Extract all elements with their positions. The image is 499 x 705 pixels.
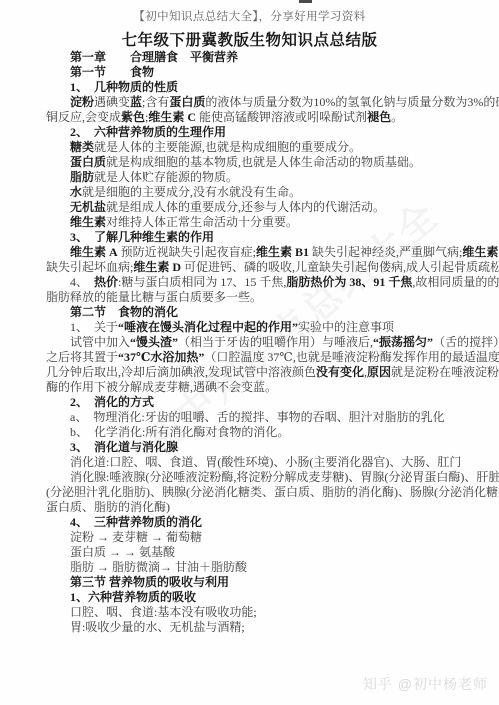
text-segment: 蛋白质、脂肪的消化酶) <box>46 500 170 514</box>
text-line: 第一节 食物 <box>46 65 466 80</box>
bold-term: “唾液在馒头消化过程中起的作用” <box>118 320 298 334</box>
text-line: 水就是细胞的主要成分,没有水就没有生命。 <box>46 185 466 200</box>
bold-term: 糖类 <box>70 140 94 154</box>
bold-term: 蓝 <box>130 95 142 109</box>
text-line: a、 物理消化:牙齿的咀嚼、舌的搅拌、事物的吞咽、胆汁对脂肪的乳化 <box>46 410 466 425</box>
text-segment: 试管中加入 <box>70 335 130 349</box>
text-line: b、 化学消化:所有消化酶对食物的消化。 <box>46 425 466 440</box>
page-edge-mark <box>299 0 312 3</box>
text-segment: 1、 关于 <box>70 320 118 334</box>
text-segment: :糖与蛋白质相同为 17、15 千焦, <box>118 275 286 289</box>
text-segment: b、 化学消化:所有消化酶对食物的消化。 <box>70 425 289 439</box>
bold-term: 脂肪热价为 38、91 千焦 <box>286 275 412 289</box>
text-segment: 。 <box>391 110 403 124</box>
text-line: 之后将其置于“37℃水浴加热”（口腔温度 37℃,也就是唾液淀粉酶发挥作用的最适… <box>46 350 466 365</box>
text-line: 第三节 营养物质的吸收与利用 <box>46 575 466 590</box>
text-segment: 缺失引起坏血病; <box>46 260 133 274</box>
text-segment: 4、 <box>70 275 94 289</box>
text-line: 淀粉 → 麦芽糖 → 葡萄糖 <box>46 530 466 545</box>
bold-term: 蛋白质 <box>70 155 106 169</box>
text-segment: 蛋白质 → → 氨基酸 <box>70 545 175 559</box>
header-note: 【初中知识点总结大全】，分享好用学习资料 <box>0 8 499 24</box>
bold-term: “馒头渣” <box>130 335 178 349</box>
text-segment: 1、六种营养物质的吸收 <box>70 590 196 604</box>
document-body: 第一章 合理膳食 平衡营养第一节 食物1、 几种物质的性质淀粉遇碘变蓝;含有蛋白… <box>46 50 466 635</box>
text-line: 第二节 食物的消化 <box>46 305 466 320</box>
text-segment: 第一章 合理膳食 平衡营养 <box>70 50 238 64</box>
text-line: 维生素对维持人体正常生命活动十分重要。 <box>46 215 466 230</box>
text-line: 3、 消化道与消化腺 <box>46 440 466 455</box>
text-segment: 4、 三种营养物质的消化 <box>70 515 202 529</box>
text-line: 脂肪 → 脂肪微滴→ 甘油＋脂肪酸 <box>46 560 466 575</box>
text-segment: 就是人体贮存能源的物质。 <box>94 170 238 184</box>
text-segment: （口腔温度 37℃,也就是唾液淀粉酶发挥作用的最适温度） <box>204 350 499 364</box>
text-line: 蛋白质 → → 氨基酸 <box>46 545 466 560</box>
text-segment: 就是人体的主要能源,也就是构成细胞的重要成分。 <box>94 140 361 154</box>
text-line: 2、 六种营养物质的生理作用 <box>46 125 466 140</box>
text-segment: 脂肪释放的能量比糖与蛋白质要多一些。 <box>46 290 262 304</box>
text-segment: 之后将其置于 <box>46 350 118 364</box>
text-segment: 遇碘变 <box>94 95 130 109</box>
text-segment: 的液体与质量分数为10%的氢氧化钠与质量分数为3%的硫酸 <box>205 95 499 109</box>
bold-term: 紫色 <box>121 110 145 124</box>
text-line: 第一章 合理膳食 平衡营养 <box>46 50 466 65</box>
text-segment: 消化道:口腔、咽、食道、胃(酸性环境)、小肠(主要消化器官)、大肠、肛门 <box>70 455 461 469</box>
bold-term: 原因 <box>367 365 391 379</box>
text-segment: 第三节 营养物质的吸收与利用 <box>70 575 229 589</box>
bold-term: 维生素 <box>70 215 106 229</box>
text-segment: ;含有 <box>142 95 169 109</box>
page-title: 七年级下册冀教版生物知识点总结版 <box>0 28 499 50</box>
text-line: 维生素 A 预防近视缺失引起夜盲症;维生素 B1 缺失引起神经炎,严重脚气病;维… <box>46 245 466 260</box>
footer-watermark: 知乎 @初中杨老师 <box>363 674 488 694</box>
text-segment: （舌的搅拌）, <box>433 335 499 349</box>
text-line: 口腔、咽、食道:基本没有吸收功能; <box>46 605 466 620</box>
text-line: 2、 消化的方式 <box>46 395 466 410</box>
text-line: 消化道:口腔、咽、食道、胃(酸性环境)、小肠(主要消化器官)、大肠、肛门 <box>46 455 466 470</box>
bold-term: 水 <box>70 185 82 199</box>
text-line: 3、 了解几种维生素的作用 <box>46 230 466 245</box>
document-page: 【初中知识点总结大全】，分享好用学习资料 七年级下册冀教版生物知识点总结版 初中… <box>0 0 499 705</box>
text-segment: (分泌胆汁乳化脂肪)、胰腺(分泌消化糖类、蛋白质、脂肪的消化酶)、肠腺(分泌消化… <box>46 485 499 499</box>
text-segment: 就是细胞的主要成分,没有水就没有生命。 <box>82 185 301 199</box>
text-segment: 口腔、咽、食道:基本没有吸收功能; <box>70 605 257 619</box>
bold-term: 维生素 C <box>148 110 196 124</box>
text-segment: 3、 消化道与消化腺 <box>70 440 178 454</box>
text-line: 淀粉遇碘变蓝;含有蛋白质的液体与质量分数为10%的氢氧化钠与质量分数为3%的硫酸 <box>46 95 466 110</box>
text-segment: ,故相同质量的的 <box>412 275 499 289</box>
bold-term: 脂肪 <box>70 170 94 184</box>
bold-term: “振荡摇匀” <box>373 335 433 349</box>
text-segment: 第一节 食物 <box>70 65 154 79</box>
text-line: 胃:吸收少量的水、无机盐与酒精; <box>46 620 466 635</box>
text-segment: a、 物理消化:牙齿的咀嚼、舌的搅拌、事物的吞咽、胆汁对脂肪的乳化 <box>70 410 445 424</box>
text-line: 酶的作用下被分解成麦芽糖,遇碘不会变蓝。 <box>46 380 466 395</box>
text-segment: 就是淀粉在唾液淀粉 <box>391 365 499 379</box>
text-line: 蛋白质、脂肪的消化酶) <box>46 500 466 515</box>
bold-term: 淀粉 <box>70 95 94 109</box>
text-segment: 2、 六种营养物质的生理作用 <box>70 125 226 139</box>
text-segment: 酶的作用下被分解成麦芽糖,遇碘不会变蓝。 <box>46 380 277 394</box>
text-line: 蛋白质就是构成细胞的基本物质,也就是人体生命活动的物质基础。 <box>46 155 466 170</box>
text-line: 糖类就是人体的主要能源,也就是构成细胞的重要成分。 <box>46 140 466 155</box>
text-segment: 第二节 食物的消化 <box>70 305 178 319</box>
text-line: 铜反应,会变成紫色;维生素 C 能使高锰酸钾溶液或吲哚酚试剂褪色。 <box>46 110 466 125</box>
text-segment: 缺失引起神经炎,严重脚气病; <box>309 245 462 259</box>
bold-term: 维生素 D <box>133 260 181 274</box>
text-line: 几分钟后取出,冷却后滴加碘液,发现试管中溶液颜色没有变化,原因就是淀粉在唾液淀粉 <box>46 365 466 380</box>
text-line: 1、 几种物质的性质 <box>46 80 466 95</box>
text-segment: 能使高锰酸钾溶液或吲哚酚试剂 <box>196 110 367 124</box>
text-line: 试管中加入“馒头渣”（相当于牙齿的咀嚼作用）与唾液后,“振荡摇匀”（舌的搅拌）, <box>46 335 466 350</box>
text-line: 缺失引起坏血病;维生素 D 可促进钙、磷的吸收,儿童缺失引起佝偻病,成人引起骨质… <box>46 260 466 275</box>
text-line: 脂肪释放的能量比糖与蛋白质要多一些。 <box>46 290 466 305</box>
text-segment: 几分钟后取出,冷却后滴加碘液,发现试管中溶液颜色 <box>46 365 316 379</box>
bold-term: “37℃水浴加热” <box>118 350 204 364</box>
text-segment: 对维持人体正常生命活动十分重要。 <box>106 215 298 229</box>
text-line: 1、六种营养物质的吸收 <box>46 590 466 605</box>
bold-term: 维生素 B1 <box>256 245 309 259</box>
text-segment: 实验中的注意事项 <box>298 320 394 334</box>
text-segment: 脂肪 → 脂肪微滴→ 甘油＋脂肪酸 <box>70 560 247 574</box>
text-segment: 淀粉 → 麦芽糖 → 葡萄糖 <box>70 530 202 544</box>
text-line: 4、 三种营养物质的消化 <box>46 515 466 530</box>
bold-term: 褪色 <box>367 110 391 124</box>
bold-term: 没有变化 <box>316 365 364 379</box>
text-line: 消化腺:唾液腺(分泌唾液淀粉酶,将淀粉分解成麦芽糖)、胃腺(分泌胃蛋白酶)、肝脏 <box>46 470 466 485</box>
text-segment: 2、 消化的方式 <box>70 395 154 409</box>
text-line: (分泌胆汁乳化脂肪)、胰腺(分泌消化糖类、蛋白质、脂肪的消化酶)、肠腺(分泌消化… <box>46 485 466 500</box>
bold-term: 蛋白质 <box>169 95 205 109</box>
bold-term: 无机盐 <box>70 200 106 214</box>
text-segment: 可促进钙、磷的吸收,儿童缺失引起佝偻病,成人引起骨质疏松。 <box>181 260 499 274</box>
text-segment: 3、 了解几种维生素的作用 <box>70 230 214 244</box>
text-segment: 1、 几种物质的性质 <box>70 80 178 94</box>
text-segment: 就是构成细胞的基本物质,也就是人体生命活动的物质基础。 <box>106 155 421 169</box>
text-segment: 预防近视缺失引起夜盲症; <box>118 245 256 259</box>
bold-term: 维生素 C <box>462 245 499 259</box>
text-line: 无机盐就是组成人体的重要成分,还参与人体内的代谢活动。 <box>46 200 466 215</box>
text-line: 脂肪就是人体贮存能源的物质。 <box>46 170 466 185</box>
text-line: 4、 热价:糖与蛋白质相同为 17、15 千焦,脂肪热价为 38、91 千焦,故… <box>46 275 466 290</box>
text-segment: （相当于牙齿的咀嚼作用）与唾液后, <box>178 335 373 349</box>
text-segment: 铜反应,会变成 <box>46 110 121 124</box>
text-segment: 消化腺:唾液腺(分泌唾液淀粉酶,将淀粉分解成麦芽糖)、胃腺(分泌胃蛋白酶)、肝脏 <box>70 470 499 484</box>
bold-term: 热价 <box>94 275 118 289</box>
text-segment: 就是组成人体的重要成分,还参与人体内的代谢活动。 <box>106 200 385 214</box>
text-line: 1、 关于“唾液在馒头消化过程中起的作用”实验中的注意事项 <box>46 320 466 335</box>
text-segment: 胃:吸收少量的水、无机盐与酒精; <box>70 620 245 634</box>
bold-term: 维生素 A <box>70 245 118 259</box>
